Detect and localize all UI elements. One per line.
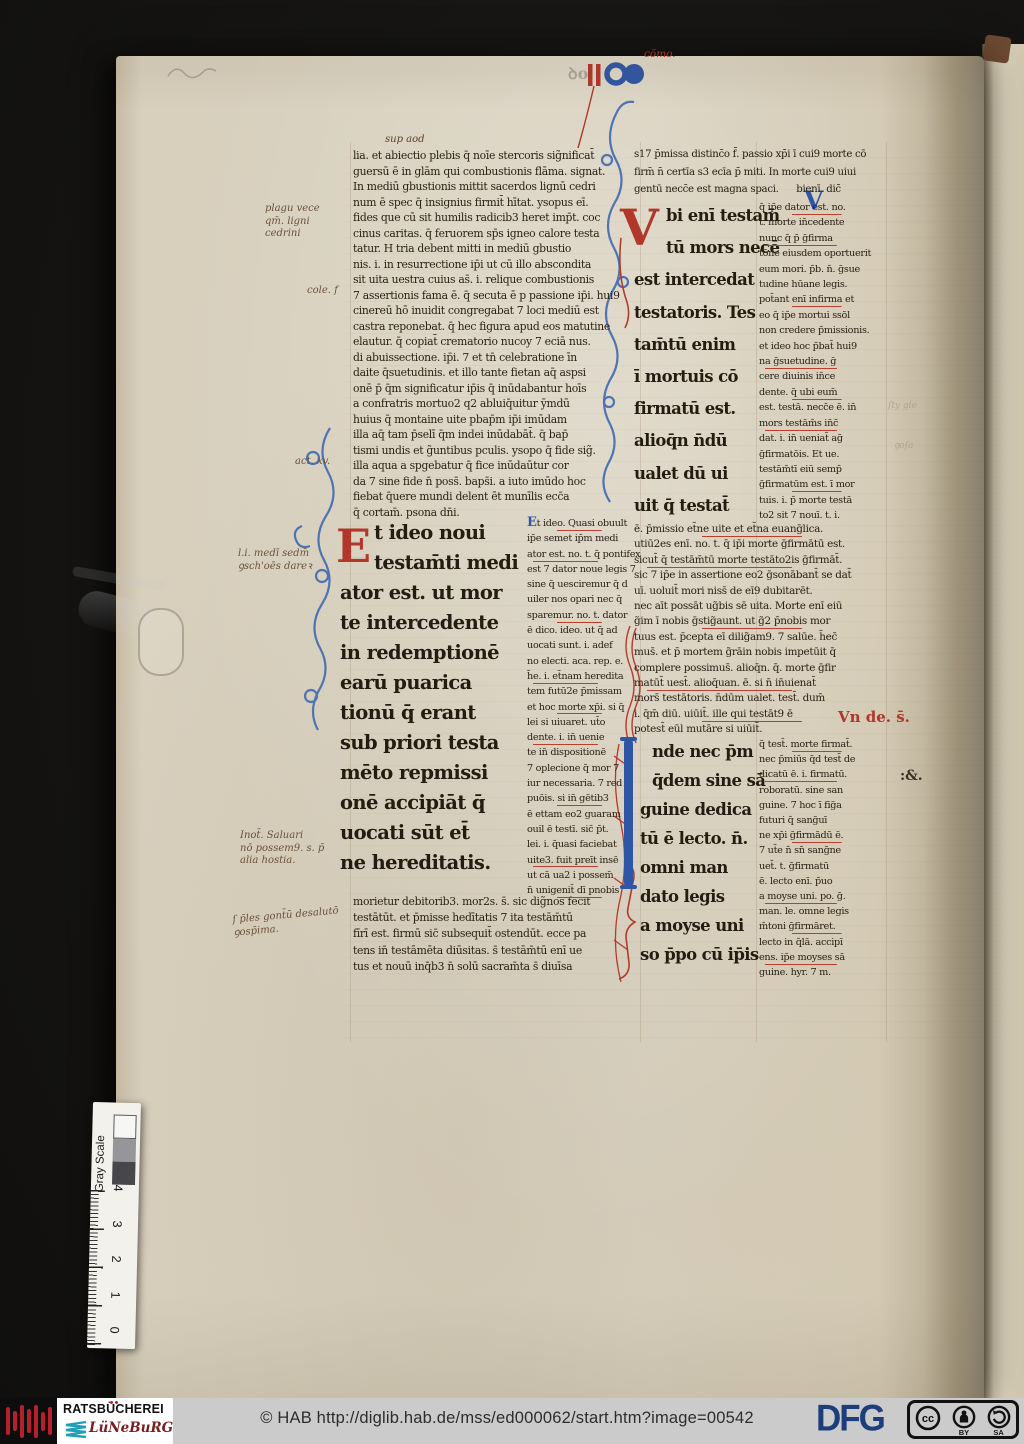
- manuscript-line: te intercedente: [340, 608, 538, 638]
- barcode-logo-icon: [0, 1398, 57, 1444]
- manuscript-page: cõmo. ꝺo sup aod V Vn de. s̄. :&. ſty gi…: [116, 56, 984, 1400]
- share-alike-icon: [987, 1405, 1011, 1429]
- right-header-lines: s17 p̄missa distinc̄o f̄. passio xp̄i ī …: [634, 146, 884, 199]
- manuscript-line: in redemptionē: [340, 638, 538, 668]
- manuscript-line: ouil ē testī. sic̄ p̄t.: [527, 822, 639, 837]
- margin-note: cole. f: [307, 285, 338, 298]
- manuscript-line: tuus est. p̄cepta eī dilig̃am9. 7 salūe.…: [634, 630, 884, 645]
- right-large-text-block: V bi enī testam̄tū mors necēest interced…: [634, 200, 766, 522]
- manuscript-line: onē accipiāt q̄: [340, 788, 538, 818]
- decorated-initial-E: E: [336, 518, 374, 574]
- manuscript-line: na ḡsuetudine. ḡ: [759, 354, 883, 369]
- manuscript-line: matūt̄ uest̄. alioq̄uan. ē. si n̄ in̄uie…: [634, 676, 884, 691]
- gray-patch-white: [113, 1115, 137, 1140]
- manuscript-line: ualet dū ui: [634, 458, 766, 490]
- manuscript-line: sub priori testa: [340, 728, 538, 758]
- ruler-number: 3: [110, 1220, 124, 1234]
- margin-note: ſ p̄les gont̄ū desalutōꝯosp̄ima.: [232, 905, 340, 939]
- manuscript-line: fides que cū sit humilis radicib3 heret …: [353, 210, 637, 226]
- margin-note-line: plagu vece: [265, 203, 320, 216]
- library-logo: RATSBÜCHEREI LüNeBuRG: [57, 1398, 173, 1444]
- manuscript-line: uī. uoluit̄ mori niss̄ de eī9 dubitarēt.: [634, 584, 884, 599]
- logo-bar: [6, 1407, 10, 1435]
- manuscript-line: m̄toni ḡfirmāret.: [759, 919, 883, 934]
- margin-note-line: cedrini: [265, 228, 320, 241]
- margin-note-line: nō possem9. s. p̄: [240, 843, 324, 856]
- manuscript-line: nec p̄miūs q̄d test̄ de: [759, 752, 883, 767]
- manuscript-line: cinereū hō inuidit congregabat 7 loci me…: [353, 303, 637, 319]
- attribution-text: © HAB http://diglib.hab.de/mss/ed000062/…: [160, 1409, 854, 1428]
- manuscript-line: tens in̄ testāmēta diūsitas. s̄ testām̄t…: [353, 943, 639, 959]
- manuscript-line: nde nec p̄m: [640, 737, 768, 766]
- manuscript-line: roboratū. sine san: [759, 783, 883, 798]
- manuscript-line: so p̄po cū ip̄is: [640, 940, 768, 969]
- logo-bar: [48, 1407, 52, 1435]
- manuscript-line: ne xp̄i ḡfirmādū ē.: [759, 828, 883, 843]
- manuscript-line: guine. hyr. 7 m.: [759, 965, 883, 980]
- manuscript-line: dente. q̄ ubi eum̄: [759, 385, 883, 400]
- library-name: RATSBÜCHEREI: [63, 1402, 164, 1416]
- cc-icon: cc: [915, 1405, 941, 1431]
- umlaut-red-dots: [110, 1401, 113, 1404]
- faint-margin-scribble: ſty gie: [888, 401, 917, 411]
- margin-note-line: ꝯsch'oēs dareꝛ: [238, 561, 312, 574]
- manuscript-line: da 7 sine fide n̄ poss̄. baps̄i. a iuto …: [353, 474, 637, 490]
- right-full-width-gloss: ē. p̄missio et̄ne uite et et̄na euanḡlic…: [634, 522, 884, 738]
- manuscript-line: tudine hūane legis.: [759, 277, 883, 292]
- manuscript-line: sine q̄ uesciremur q̄ d: [527, 577, 639, 592]
- right-large-bottom-block: nde nec p̄mq̄dem sine sāguine dedicatū ē…: [640, 737, 768, 969]
- manuscript-line: fiebat q̄uere mundi delent ēt munīlis ec…: [353, 489, 637, 505]
- logo-bar: [20, 1405, 24, 1438]
- top-inscription: sup aod: [385, 134, 425, 145]
- page-holder-tip: [138, 608, 184, 676]
- manuscript-line: non credere p̄missionis.: [759, 323, 883, 338]
- cc-by-icon: BY: [952, 1405, 976, 1437]
- manuscript-line: potest̄ eūl mutāre si uiūit̄.: [634, 722, 884, 737]
- manuscript-line: sit uita uestra cuius as̄. i. relique co…: [353, 272, 637, 288]
- manuscript-line: castra reponebat. q̄ hec figura apud eos…: [353, 319, 637, 335]
- manuscript-line: illa aq̄ tam p̄selī q̄m indei inūdabāt̄.…: [353, 427, 637, 443]
- left-large-text-block: E t ideo nouitestam̄ti mediator est. ut …: [340, 518, 538, 878]
- manuscript-line: h̄e. i. et̄nam heredita: [527, 669, 639, 684]
- manuscript-line: tus et nouū inq̄b3 n̄ solū sacram̄ta s̄ …: [353, 959, 639, 975]
- manuscript-line: q̄dem sine sā: [640, 766, 768, 795]
- margin-note: act. xv.: [295, 456, 330, 469]
- manuscript-line: ē. lecto enī. p̄uo: [759, 874, 883, 889]
- manuscript-line: s17 p̄missa distinc̄o f̄. passio xp̄i ī …: [634, 146, 884, 164]
- manuscript-line: et ideo hoc p̄bat̄ hui9: [759, 339, 883, 354]
- blue-vine-flourish: [295, 428, 334, 730]
- manuscript-line: tismi undis et g̃untibus pculis. ysopo q…: [353, 443, 637, 459]
- book-cover-corner: [982, 34, 1011, 63]
- manuscript-line: tuis. i. p̄ morte testā: [759, 493, 883, 508]
- manuscript-line: tem futū2e p̄missam: [527, 684, 639, 699]
- cc-sa-label: SA: [993, 1428, 1003, 1437]
- ruler-number: 1: [108, 1291, 122, 1305]
- middle-gloss-column: Et ideo. Quasi obuultip̄e semet ip̄m med…: [527, 515, 639, 898]
- manuscript-line: tionū q̄ erant: [340, 698, 538, 728]
- manuscript-line: 7 oplecione q̄ mor 7: [527, 761, 639, 776]
- manuscript-line: futuri q̄ sang̃uī: [759, 813, 883, 828]
- manuscript-line: ī mortuis cō: [634, 361, 766, 393]
- manuscript-line: uocati sunt. i. adef: [527, 638, 639, 653]
- cc-license-badge: cc BY SA: [907, 1400, 1019, 1439]
- manuscript-line: ator est. no. t. q̄ pontifex: [527, 547, 639, 562]
- manuscript-line: t. morte in̄cedente: [759, 215, 883, 230]
- facing-page-edge: [982, 44, 1024, 1400]
- manuscript-line: 7 ut̄e n̄ sn̄ sang̃ne: [759, 843, 883, 858]
- manuscript-line: ut cā ua2 i possem̄: [527, 868, 639, 883]
- gray-scale-label: Gray Scale: [94, 1106, 108, 1192]
- manuscript-line: omni man: [640, 853, 768, 882]
- column-guide: [886, 142, 887, 1042]
- manuscript-line: dat. i. in̄ ueniat̄ aḡ: [759, 431, 883, 446]
- manuscript-line: mors̄ testātoris. n̄dūm ualet. test̄. du…: [634, 691, 884, 706]
- digitized-manuscript-photo: cõmo. ꝺo sup aod V Vn de. s̄. :&. ſty gi…: [0, 0, 1024, 1444]
- manuscript-line: di abuissectione. ip̄i. 7 et tn̄ celebra…: [353, 350, 637, 366]
- manuscript-line: cinus caritas. q̄ feruorem sp̄s igneo ca…: [353, 226, 637, 242]
- manuscript-line: sparemur. no. t. dator: [527, 608, 639, 623]
- manuscript-line: sicut̄ q̄ testām̄tū morte testāto2is ḡfi…: [634, 553, 884, 568]
- ruler-number: 4: [111, 1184, 125, 1198]
- manuscript-line: lei si uiuaret. ut̄o: [527, 715, 639, 730]
- manuscript-line: mors testām̄s in̄c̄: [759, 416, 883, 431]
- manuscript-line: alioq̄n n̄dū: [634, 425, 766, 457]
- manuscript-line: uocati sūt et̄: [340, 818, 538, 848]
- manuscript-line: ator est. ut mor: [340, 578, 538, 608]
- manuscript-line: ḡfirmatūm est. ī mor: [759, 477, 883, 492]
- manuscript-line: lei. i. q̄uasi faciebat: [527, 837, 639, 852]
- left-bottom-gloss-block: morietur debitorib3. mor2s. s̄. sic dig̃…: [353, 894, 639, 975]
- manuscript-line: huius q̄ montaine uite pbap̄m ip̄i imūda…: [353, 412, 637, 428]
- top-rubric-text: cõmo.: [644, 48, 676, 60]
- manuscript-line: q̄ test̄. morte firmat̄.: [759, 737, 883, 752]
- manuscript-line: nec aīt possāt ug̃bis sē uita. Morte enī…: [634, 599, 884, 614]
- manuscript-line: iur necessaria. 7 red: [527, 776, 639, 791]
- manuscript-line: fīrī est. firmū sic̄ subsequit̄ ostendūt…: [353, 926, 639, 942]
- manuscript-line: mus̄. et p̄ mortem g̃rāin nobis impetūit…: [634, 645, 884, 660]
- manuscript-line: est. testā. necc̄e ē. in̄: [759, 400, 883, 415]
- cc-circle-icon: cc: [915, 1405, 941, 1431]
- manuscript-line: In mediū gbustionis mittit sacerdos lign…: [353, 179, 637, 195]
- manuscript-line: earū puarica: [340, 668, 538, 698]
- ruler-number: 0: [107, 1326, 121, 1340]
- ghost-offset-letters: ꝺo: [568, 62, 588, 84]
- margin-note-line: qm̄. ligni: [265, 216, 320, 229]
- manuscript-line: guine dedica: [640, 795, 768, 824]
- manuscript-line: elautur. q̄ copiat̄ crematorio nucoy 7 e…: [353, 334, 637, 350]
- gray-patch-mid: [113, 1139, 137, 1163]
- manuscript-line: onē p̄ q̄m significatur ip̄is q̄ inūdaba…: [353, 381, 637, 397]
- manuscript-line: utiū2es enī. no. t. q̄ ip̄i morte ḡfirmā…: [634, 537, 884, 552]
- manuscript-line: dicatū ē. i. firmatū.: [759, 767, 883, 782]
- margin-note: plagu veceqm̄. lignicedrini: [265, 203, 320, 241]
- manuscript-line: illa aqua a spgebatur q̄ fice inūdaūtur …: [353, 458, 637, 474]
- manuscript-line: lecto in q̄lā. accipī: [759, 935, 883, 950]
- manuscript-line: firmatū est.: [634, 393, 766, 425]
- ruler-ticks-cm: [87, 1190, 105, 1346]
- manuscript-line: et hoc morte xp̄i. si q̄: [527, 700, 639, 715]
- logo-bar: [41, 1412, 45, 1431]
- manuscript-line: uiler nos opari nec q̄: [527, 592, 639, 607]
- manuscript-line: testātūt. et p̄misse hedītatis 7 ita tes…: [353, 910, 639, 926]
- gray-scale-ruler: Gray Scale 43210: [87, 1102, 141, 1349]
- manuscript-line: no electi. aca. rep. e.: [527, 654, 639, 669]
- logo-bar: [27, 1409, 31, 1433]
- right-bottom-gloss-column: q̄ test̄. morte firmat̄.nec p̄miūs q̄d t…: [759, 737, 883, 980]
- manuscript-line: tatur. H tria debent mitti in mediū gbus…: [353, 241, 637, 257]
- manuscript-line: daite q̄suetudinis. et illo tante fietan…: [353, 365, 637, 381]
- ruler-number: 2: [109, 1255, 123, 1269]
- manuscript-line: sic 7 ip̄e in assertione eo2 ḡsonābant̄ …: [634, 568, 884, 583]
- manuscript-line: est 7 dator noue legis 7: [527, 562, 639, 577]
- manuscript-line: tōne eiusdem oportuerit: [759, 246, 883, 261]
- margin-note: l.i. medī sedm̄ꝯsch'oēs dareꝛ: [238, 548, 312, 573]
- manuscript-line: tū ē lecto. n̄.: [640, 824, 768, 853]
- cc-sa-icon: SA: [987, 1405, 1011, 1437]
- right-gloss-column: q̄ ip̄e dator est. no.t. morte in̄cedent…: [759, 200, 883, 524]
- manuscript-line: ē dico. ideo. ut q̄ ad: [527, 623, 639, 638]
- cc-by-label: BY: [959, 1428, 969, 1437]
- manuscript-line: uite3. fuit preīt insē: [527, 853, 639, 868]
- manuscript-line: ip̄e semet ip̄m medi: [527, 531, 639, 546]
- manuscript-line: man. le. omne legis: [759, 904, 883, 919]
- manuscript-line: Et ideo. Quasi obuult: [527, 515, 639, 531]
- manuscript-line: ḡfirmatōis. Et ue.: [759, 447, 883, 462]
- person-icon: [952, 1405, 976, 1429]
- dfg-logo: DFG: [816, 1398, 884, 1440]
- manuscript-line: est intercedat: [634, 264, 766, 296]
- manuscript-line: uit q̄ testat̄: [634, 490, 766, 522]
- waves-icon: [62, 1420, 87, 1438]
- manuscript-line: firm̄ n̄ certīa s3 ecīa p̄ miti. In mort…: [634, 164, 884, 182]
- manuscript-line: tam̄tū enim: [634, 329, 766, 361]
- margin-note-line: l.i. medī sedm̄: [238, 548, 312, 561]
- right-margin-symbol: :&.: [900, 768, 923, 784]
- manuscript-line: guersū ē in glām qui combustionis flāma.…: [353, 164, 637, 180]
- manuscript-line: puōis. si in̄ gētib3: [527, 791, 639, 806]
- manuscript-line: eum mori. p̄b. n̄. ḡsue: [759, 262, 883, 277]
- manuscript-line: 7 assertionis fama ē. q̄ secuta ē p pass…: [353, 288, 637, 304]
- manuscript-line: testatoris. Tes: [634, 297, 766, 329]
- margin-note-line: alia hostia.: [240, 855, 324, 868]
- ruler-numbers: 43210: [107, 1184, 125, 1340]
- manuscript-line: testām̄tī eiū semp̄: [759, 462, 883, 477]
- manuscript-line: uet̄. t. ḡfirmatū: [759, 859, 883, 874]
- gray-patch-dark: [112, 1161, 136, 1185]
- attribution-bar: RATSBÜCHEREI LüNeBuRG © HAB http://digli…: [0, 1398, 1024, 1444]
- manuscript-line: num ē spec q̄ insignius firmit̄ hītat. y…: [353, 195, 637, 211]
- manuscript-line: mēto repmissi: [340, 758, 538, 788]
- manuscript-line: lia. et abiectio plebis q̄ noīe stercori…: [353, 148, 637, 164]
- manuscript-line: g̃im ī nobis ḡstig̃aunt. ut g̃2 p̄nobis …: [634, 614, 884, 629]
- manuscript-line: q̄ ip̄e dator est. no.: [759, 200, 883, 215]
- manuscript-line: gentū necc̄e est magna spaci. bienī. dic…: [634, 181, 884, 199]
- faint-margin-scribble: ꝯoſa: [894, 438, 913, 451]
- manuscript-line: dato legis: [640, 882, 768, 911]
- gray-scale-patches: [112, 1115, 137, 1186]
- manuscript-line: a moyse uni. po. ḡ.: [759, 889, 883, 904]
- decorated-initial-V: V: [620, 200, 666, 256]
- manuscript-line: complere possimus̄. alioq̄n. q̄. morte ḡ…: [634, 661, 884, 676]
- manuscript-line: a moyse uni: [640, 911, 768, 940]
- manuscript-line: guine. 7 hoc ī fig̃a: [759, 798, 883, 813]
- margin-note: Inot̄. Saluarinō possem9. s. p̄alia host…: [240, 830, 324, 868]
- manuscript-line: ē ettam eo2 guaram: [527, 807, 639, 822]
- manuscript-line: cere diuinis in̄ce: [759, 369, 883, 384]
- manuscript-line: nis. i. in resurrectione ip̄i ut cū illo…: [353, 257, 637, 273]
- logo-bar: [34, 1405, 38, 1438]
- manuscript-line: i. q̄m̄ diū. uiūit̄. ille qui testāt9 ē: [634, 707, 884, 722]
- decorated-initial-I: [624, 739, 633, 887]
- left-gloss-block: lia. et abiectio plebis q̄ noīe stercori…: [353, 148, 637, 520]
- manuscript-line: ens. ip̄e moyses sā: [759, 950, 883, 965]
- manuscript-line: a confratris mortuo2 q2 abluiq̄uitur ȳmd…: [353, 396, 637, 412]
- manuscript-line: ē. p̄missio et̄ne uite et et̄na euanḡlic…: [634, 522, 884, 537]
- logo-bar: [13, 1411, 17, 1431]
- manuscript-line: nunc q̄ p̄ ḡfirma: [759, 231, 883, 246]
- manuscript-line: te in̄ dispositionē: [527, 745, 639, 760]
- margin-note-line: Inot̄. Saluari: [240, 830, 324, 843]
- manuscript-line: ne hereditatis.: [340, 848, 538, 878]
- svg-text:cc: cc: [922, 1413, 934, 1425]
- manuscript-line: eo q̄ ip̄e mortui ssōl: [759, 308, 883, 323]
- manuscript-line: pot̄ant enī infirma et: [759, 292, 883, 307]
